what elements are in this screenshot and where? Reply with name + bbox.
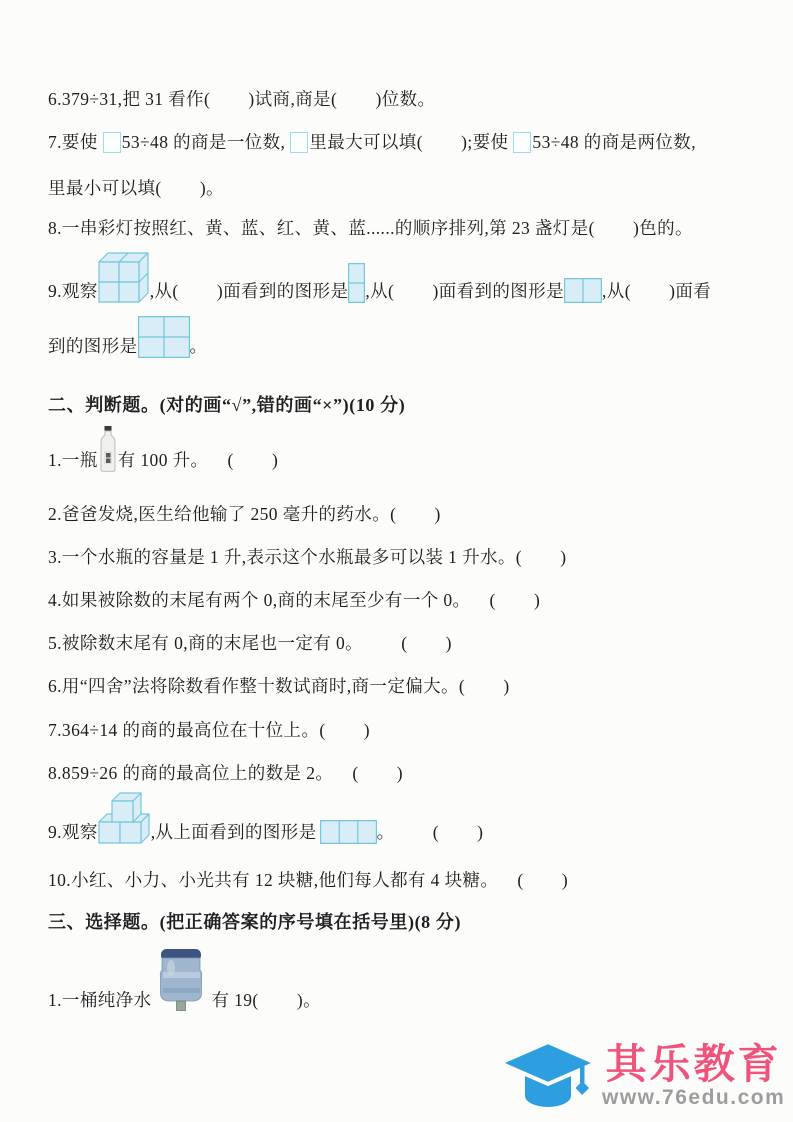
judge-question-8-text: 8.859÷26 的商的最高位上的数是 2。 ( ) bbox=[48, 762, 403, 784]
choice-question-1-text: 有 19( )。 bbox=[211, 989, 321, 1011]
judge-question-4-text: 4.如果被除数的末尾有两个 0,商的末尾至少有一个 0。 ( ) bbox=[48, 589, 540, 611]
fill-question-9-line2-text: 。 bbox=[190, 335, 208, 357]
judge-question-3: 3.一个水瓶的容量是 1 升,表示这个水瓶最多可以装 1 升水。( ) bbox=[48, 546, 566, 568]
fill-question-9-text: ,从( )面看 bbox=[602, 280, 711, 302]
shape-grid-2x2 bbox=[138, 316, 190, 358]
judge-question-9: 9.观察 ,从上面看到的图形是 。 ( ) bbox=[48, 791, 483, 843]
judge-question-1: 1.一瓶 有 100 升。 ( ) bbox=[48, 426, 278, 471]
judge-question-9-text: ,从上面看到的图形是 bbox=[151, 821, 317, 843]
fill-question-9-line2: 到的图形是 。 bbox=[48, 316, 207, 357]
judge-question-1-text: 有 100 升。 ( ) bbox=[118, 449, 278, 471]
choice-section-header-text: 三、选择题。(把正确答案的序号填在括号里)(8 分) bbox=[48, 911, 461, 933]
judge-question-3-text: 3.一个水瓶的容量是 1 升,表示这个水瓶最多可以装 1 升水。( ) bbox=[48, 546, 566, 568]
fill-question-7-text: 53÷48 的商是一位数, bbox=[122, 131, 286, 153]
fill-question-6-text: 6.379÷31,把 31 看作( )试商,商是( )位数。 bbox=[48, 88, 435, 110]
fill-question-9-text: 9.观察 bbox=[48, 280, 98, 302]
worksheet-page: 6.379÷31,把 31 看作( )试商,商是( )位数。 7.要使 53÷4… bbox=[0, 0, 793, 1122]
brand-logo: 其乐教育 www.76edu.com bbox=[498, 1036, 785, 1114]
judge-question-1-text: 1.一瓶 bbox=[48, 449, 98, 471]
judge-question-7: 7.364÷14 的商的最高位在十位上。( ) bbox=[48, 719, 370, 741]
judge-question-5: 5.被除数末尾有 0,商的末尾也一定有 0。 ( ) bbox=[48, 632, 452, 654]
shape-vertical-2-squares bbox=[348, 263, 365, 303]
fill-question-7-text: 7.要使 bbox=[48, 131, 98, 153]
fill-question-6: 6.379÷31,把 31 看作( )试商,商是( )位数。 bbox=[48, 88, 435, 110]
judge-question-10: 10.小红、小力、小光共有 12 块糖,他们每人都有 4 块糖。 ( ) bbox=[48, 869, 568, 891]
bottle-figure bbox=[98, 426, 118, 472]
choice-question-1-text: 1.一桶纯净水 bbox=[48, 989, 151, 1011]
choice-question-1: 1.一桶纯净水 有 19( )。 bbox=[48, 948, 321, 1011]
judge-question-2-text: 2.爸爸发烧,医生给他输了 250 毫升的药水。( ) bbox=[48, 503, 441, 525]
shape-horizontal-3-squares bbox=[320, 820, 377, 844]
judge-question-7-text: 7.364÷14 的商的最高位在十位上。( ) bbox=[48, 719, 370, 741]
blank-box bbox=[103, 132, 121, 153]
shape-horizontal-2-squares bbox=[564, 278, 602, 303]
fill-question-9: 9.观察 ,从( )面看到的图形是 ,从( )面看到的图形是 ,从( )面看 bbox=[48, 252, 711, 302]
judge-section-header-text: 二、判断题。(对的画“√”,错的画“×”)(10 分) bbox=[48, 394, 405, 416]
judge-question-10-text: 10.小红、小力、小光共有 12 块糖,他们每人都有 4 块糖。 ( ) bbox=[48, 869, 568, 891]
fill-question-7-text: 53÷48 的商是两位数, bbox=[532, 131, 696, 153]
judge-question-9-text: 。 ( ) bbox=[377, 821, 484, 843]
judge-question-6: 6.用“四舍”法将除数看作整十数试商时,商一定偏大。( ) bbox=[48, 675, 510, 697]
judge-question-4: 4.如果被除数的末尾有两个 0,商的末尾至少有一个 0。 ( ) bbox=[48, 589, 540, 611]
cube-stack-2x2-figure bbox=[98, 252, 150, 303]
judge-section-header: 二、判断题。(对的画“√”,错的画“×”)(10 分) bbox=[48, 394, 405, 416]
judge-question-6-text: 6.用“四舍”法将除数看作整十数试商时,商一定偏大。( ) bbox=[48, 675, 510, 697]
fill-question-7-line2: 里最小可以填( )。 bbox=[48, 177, 224, 199]
choice-section-header: 三、选择题。(把正确答案的序号填在括号里)(8 分) bbox=[48, 911, 461, 933]
fill-question-8-text: 8.一串彩灯按照红、黄、蓝、红、黄、蓝......的顺序排列,第 23 盏灯是(… bbox=[48, 217, 693, 239]
brand-url: www.76edu.com bbox=[602, 1087, 785, 1109]
brand-name: 其乐教育 bbox=[606, 1042, 782, 1086]
fill-question-9-line2-text: 到的图形是 bbox=[48, 335, 138, 357]
judge-question-2: 2.爸爸发烧,医生给他输了 250 毫升的药水。( ) bbox=[48, 503, 441, 525]
fill-question-8: 8.一串彩灯按照红、黄、蓝、红、黄、蓝......的顺序排列,第 23 盏灯是(… bbox=[48, 217, 693, 239]
graduation-cap-icon bbox=[498, 1036, 598, 1114]
judge-question-8: 8.859÷26 的商的最高位上的数是 2。 ( ) bbox=[48, 762, 403, 784]
judge-question-9-text: 9.观察 bbox=[48, 821, 98, 843]
blank-box bbox=[513, 132, 531, 153]
fill-question-7-line2-text: 里最小可以填( )。 bbox=[48, 177, 224, 199]
water-jug-figure bbox=[158, 948, 204, 1012]
fill-question-7-text: 里最大可以填( );要使 bbox=[309, 131, 508, 153]
blank-box bbox=[290, 132, 308, 153]
judge-question-5-text: 5.被除数末尾有 0,商的末尾也一定有 0。 ( ) bbox=[48, 632, 452, 654]
fill-question-9-text: ,从( )面看到的图形是 bbox=[365, 280, 564, 302]
fill-question-7: 7.要使 53÷48 的商是一位数, 里最大可以填( );要使 53÷48 的商… bbox=[48, 131, 696, 153]
brand-text-block: 其乐教育 www.76edu.com bbox=[602, 1042, 785, 1109]
fill-question-9-text: ,从( )面看到的图形是 bbox=[150, 280, 349, 302]
cube-stack-L-figure bbox=[98, 791, 151, 844]
